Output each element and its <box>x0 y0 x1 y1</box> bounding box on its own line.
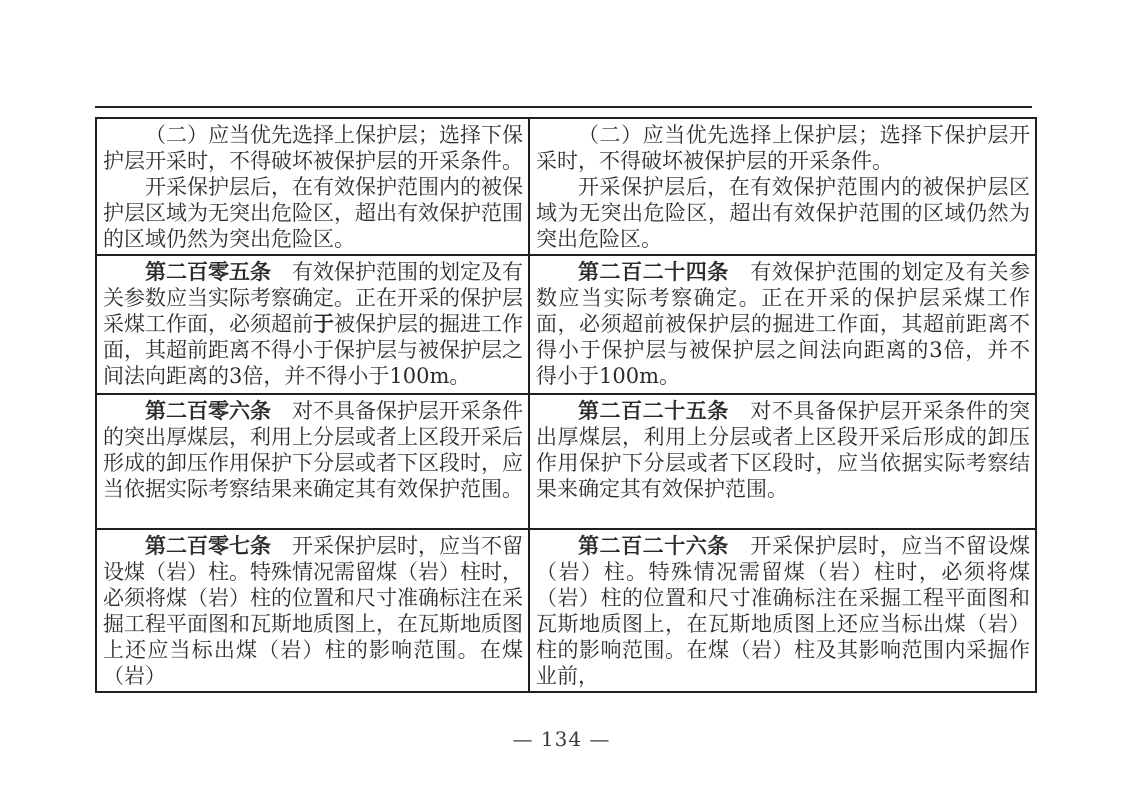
paragraph: （二）应当优先选择上保护层；选择下保护层开采时，不得破坏被保护层的开采条件。 <box>103 122 523 174</box>
page-number: — 134 — <box>0 727 1123 751</box>
article-number: 第二百零七条 <box>145 533 271 558</box>
provision-cell-right: 第二百二十四条 有效保护范围的划定及有关参数应当实际考察确定。正在开采的保护层采… <box>529 255 1036 394</box>
provision-cell-right: 第二百二十五条 对不具备保护层开采条件的突出厚煤层，利用上分层或者上区段开采后形… <box>529 394 1036 529</box>
provision-cell-left: 第二百零六条 对不具备保护层开采条件的突出厚煤层，利用上分层或者上区段开采后形成… <box>96 394 529 529</box>
provision-cell-right: 第二百二十六条 开采保护层时，应当不留设煤（岩）柱。特殊情况需留煤（岩）柱时，必… <box>529 529 1036 692</box>
article-number: 第二百二十五条 <box>578 398 729 423</box>
paragraph: 第二百二十五条 对不具备保护层开采条件的突出厚煤层，利用上分层或者上区段开采后形… <box>536 398 1030 502</box>
continuation-rule <box>95 106 1032 108</box>
regulation-comparison-table: （二）应当优先选择上保护层；选择下保护层开采时，不得破坏被保护层的开采条件。 开… <box>95 117 1037 693</box>
text-segment: （二）应当优先选择上保护层；选择下保护层开采时，不得破坏被保护层的开采条件。 <box>536 123 1030 173</box>
table-row: （二）应当优先选择上保护层；选择下保护层开采时，不得破坏被保护层的开采条件。 开… <box>96 118 1036 255</box>
article-number: 第二百零六条 <box>145 398 271 423</box>
text-segment: 开采保护层后，在有效保护范围内的被保护层区域为无突出危险区，超出有效保护范围的区… <box>103 175 523 251</box>
paragraph: 第二百零六条 对不具备保护层开采条件的突出厚煤层，利用上分层或者上区段开采后形成… <box>103 398 523 502</box>
provision-cell-left: 第二百零七条 开采保护层时，应当不留设煤（岩）柱。特殊情况需留煤（岩）柱时，必须… <box>96 529 529 692</box>
text-segment: 开采保护层后，在有效保护范围内的被保护层区域为无突出危险区，超出有效保护范围的区… <box>536 175 1030 251</box>
paragraph: （二）应当优先选择上保护层；选择下保护层开采时，不得破坏被保护层的开采条件。 <box>536 122 1030 174</box>
paragraph: 开采保护层后，在有效保护范围内的被保护层区域为无突出危险区，超出有效保护范围的区… <box>103 174 523 252</box>
paragraph: 第二百二十四条 有效保护范围的划定及有关参数应当实际考察确定。正在开采的保护层采… <box>536 259 1030 389</box>
article-number: 第二百零五条 <box>145 259 271 284</box>
paragraph: 第二百零五条 有效保护范围的划定及有关参数应当实际考察确定。正在开采的保护层采煤… <box>103 259 523 389</box>
provision-cell-left: 第二百零五条 有效保护范围的划定及有关参数应当实际考察确定。正在开采的保护层采煤… <box>96 255 529 394</box>
provision-cell-right: （二）应当优先选择上保护层；选择下保护层开采时，不得破坏被保护层的开采条件。 开… <box>529 118 1036 255</box>
table-row: 第二百零五条 有效保护范围的划定及有关参数应当实际考察确定。正在开采的保护层采煤… <box>96 255 1036 394</box>
paragraph: 第二百零七条 开采保护层时，应当不留设煤（岩）柱。特殊情况需留煤（岩）柱时，必须… <box>103 533 523 689</box>
text-segment: （二）应当优先选择上保护层；选择下保护层开采时，不得破坏被保护层的开采条件。 <box>103 123 523 173</box>
changed-text: 于 <box>313 311 334 336</box>
provision-cell-left: （二）应当优先选择上保护层；选择下保护层开采时，不得破坏被保护层的开采条件。 开… <box>96 118 529 255</box>
article-number: 第二百二十四条 <box>578 259 729 284</box>
table-row: 第二百零七条 开采保护层时，应当不留设煤（岩）柱。特殊情况需留煤（岩）柱时，必须… <box>96 529 1036 692</box>
document-page: （二）应当优先选择上保护层；选择下保护层开采时，不得破坏被保护层的开采条件。 开… <box>0 0 1123 794</box>
paragraph: 第二百二十六条 开采保护层时，应当不留设煤（岩）柱。特殊情况需留煤（岩）柱时，必… <box>536 533 1030 689</box>
article-number: 第二百二十六条 <box>578 533 729 558</box>
table-row: 第二百零六条 对不具备保护层开采条件的突出厚煤层，利用上分层或者上区段开采后形成… <box>96 394 1036 529</box>
paragraph: 开采保护层后，在有效保护范围内的被保护层区域为无突出危险区，超出有效保护范围的区… <box>536 174 1030 252</box>
